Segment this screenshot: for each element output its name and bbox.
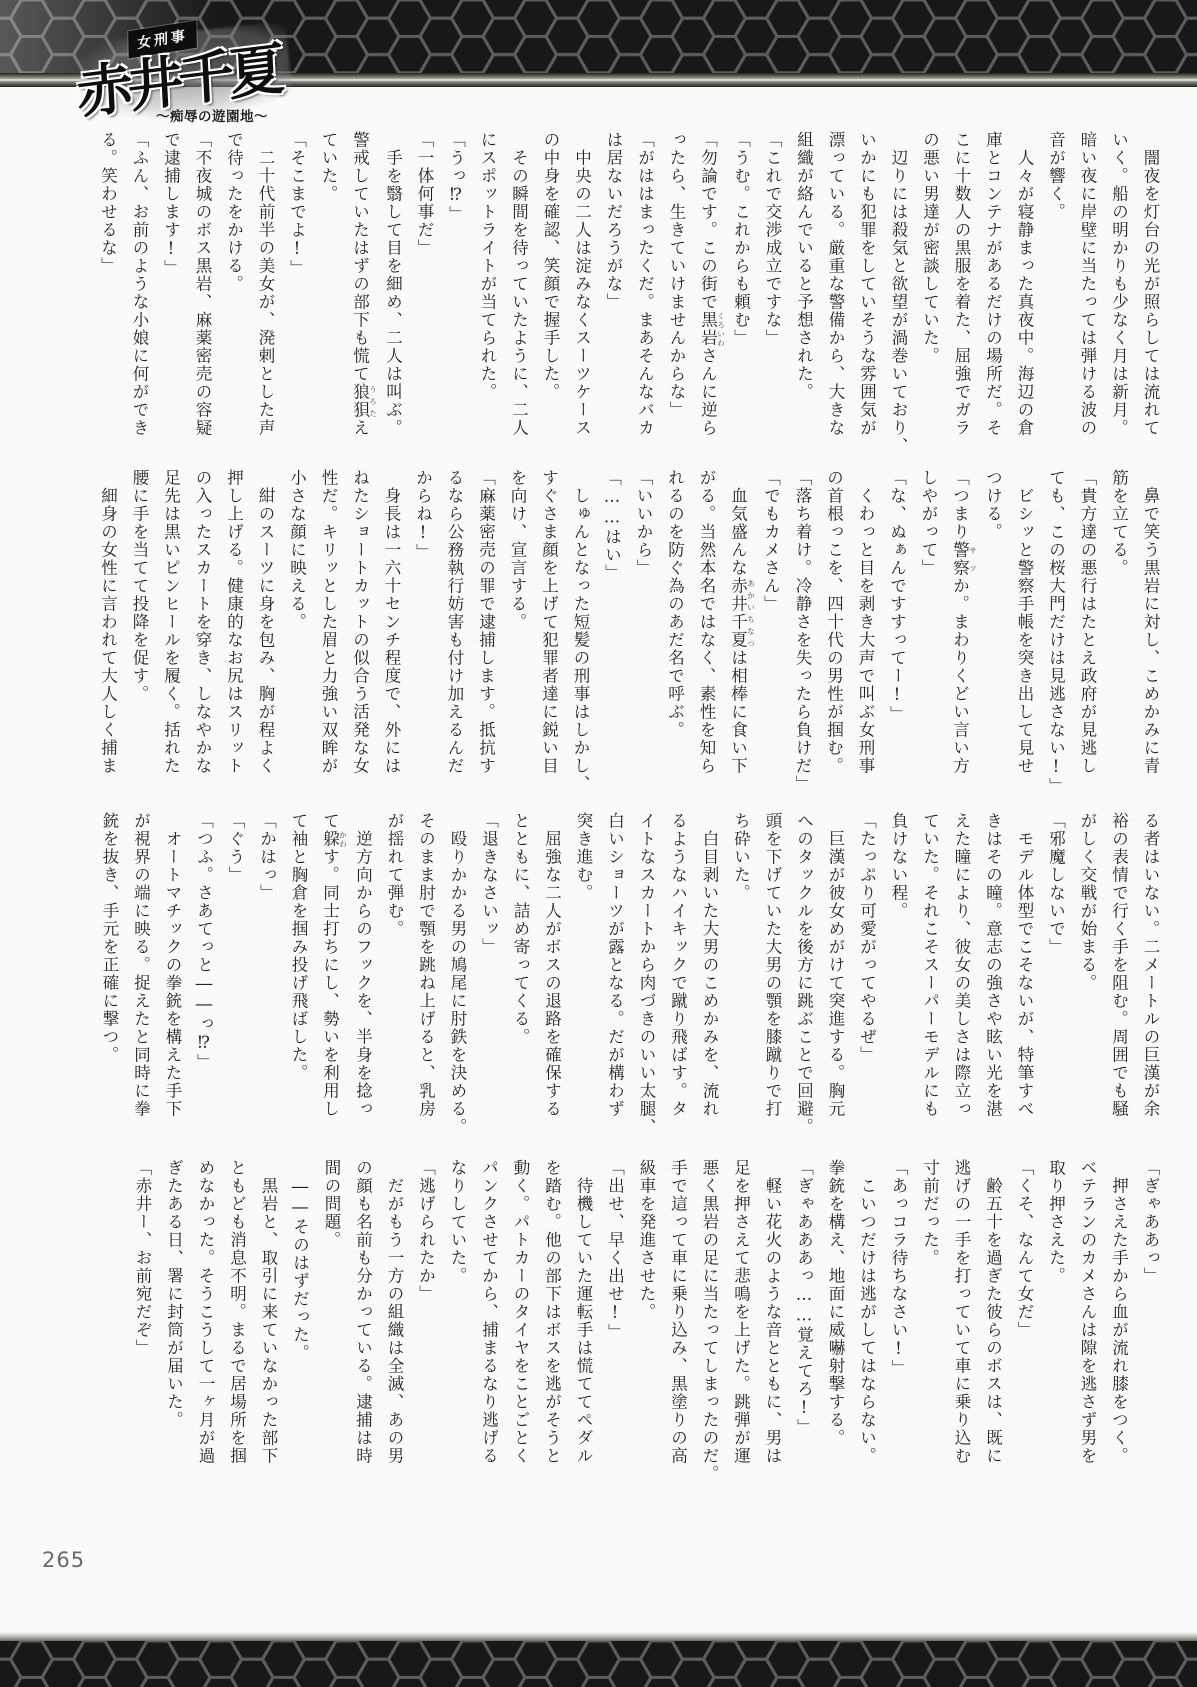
text-column: そのまま肘で顎を跳ね上げると、乳房 xyxy=(410,812,442,1158)
text-column: を向け、宣言する。 xyxy=(502,469,534,815)
text-column: 「つふ。さあてっと――っ⁉」 xyxy=(188,812,220,1158)
text-column: 頭を下げていた大男の顎を膝蹴りで打 xyxy=(757,812,789,1158)
text-column: すぐさま顔を上げて犯罪者達に鋭い目 xyxy=(533,469,565,815)
text-column: 腰に手を当てて投降を促す。 xyxy=(124,469,156,815)
text-column: からね!」 xyxy=(407,469,439,815)
text-column: 押さえた手から血が流れ膝をつく。 xyxy=(1103,1159,1135,1505)
text-column: 「ぐう」 xyxy=(220,812,252,1158)
bottom-divider-rule xyxy=(0,1632,1197,1641)
text-column: の首根っこを、四十代の男性が掴む。 xyxy=(818,469,850,815)
text-column: 突き進む。 xyxy=(568,812,600,1158)
text-column: 細身の女性に言われて大人しく捕ま xyxy=(92,469,124,815)
text-column: 辺りには殺気と欲望が渦巻いており、 xyxy=(883,131,915,477)
text-column: 漂っている。厳重な警備から、大きな xyxy=(820,131,852,477)
text-column: 「勿論です。この街で黒岩くろいわさんに逆ら xyxy=(692,131,725,477)
text-column: 「逃げられたか」 xyxy=(410,1159,442,1505)
text-column: めなかった。そうこうして一ヶ月が過 xyxy=(190,1159,222,1505)
text-column: ても、この桜大門だけは見逃さない!」 xyxy=(1040,469,1072,815)
text-column: るなら公務執行妨害も付け加えるんだ xyxy=(439,469,471,815)
text-column: で待ったをかける。 xyxy=(218,131,250,477)
text-column: ともども消息不明。まるで居場所を掴 xyxy=(221,1159,253,1505)
text-column: 「一体何事だ」 xyxy=(409,131,441,477)
text-column: ち砕いた。 xyxy=(725,812,757,1158)
text-column: へのタックルを後方に跳ぶことで回避。 xyxy=(788,812,820,1158)
text-column: 「赤井ー、お前宛だぞ」 xyxy=(127,1159,159,1505)
text-column: ていた。 xyxy=(313,131,345,477)
text-column: 「麻薬密売の罪で逮捕します。抵抗す xyxy=(470,469,502,815)
text-column: 負けない程。 xyxy=(883,812,915,1158)
text-column: を踏む。他の部下はボスを逃がそうと xyxy=(536,1159,568,1505)
text-column: 裕の表情で行く手を阻む。周囲でも騒 xyxy=(1103,812,1135,1158)
text-column: 「落ち着け。冷静さを失ったら負けだ」 xyxy=(787,469,819,815)
text-column: ビシッと警察手帳を突き出して見せ xyxy=(1009,469,1041,815)
text-column: 「退きなさいッ」 xyxy=(473,812,505,1158)
text-column: 「たっぷり可愛がってやるぜ」 xyxy=(851,812,883,1158)
text-column: 手を翳して目を細め、二人は叫ぶ。 xyxy=(377,131,409,477)
text-column: 人々が寝静まった真夜中。海辺の倉 xyxy=(1009,131,1041,477)
text-column: 「がははまったくだ。まあそんなバカ xyxy=(629,131,661,477)
hexagon-pattern-bottom-svg xyxy=(0,1641,1197,1687)
text-column: 押し上げる。健康的なお尻はスリット xyxy=(218,469,250,815)
text-column: 性だ。キリッとした眉と力強い双眸が xyxy=(313,469,345,815)
text-column: 白目剥いた大男のこめかみを、流れ xyxy=(694,812,726,1158)
text-column: がる。当然本名ではなく、素性を知ら xyxy=(691,469,723,815)
text-column: いかにも犯罪をしていそうな雰囲気が xyxy=(851,131,883,477)
text-column: て袖と胸倉を掴み投げ飛ばした。 xyxy=(283,812,315,1158)
text-column: ていた。それこそスーパーモデルにも xyxy=(914,812,946,1158)
text-column: きはその瞳。意志の強さや眩い光を湛 xyxy=(977,812,1009,1158)
text-column: の悪い男達が密談していた。 xyxy=(914,131,946,477)
text-column: 待機していた運転手は慌ててペダル xyxy=(568,1159,600,1505)
text-column: 「うっ⁉」 xyxy=(440,131,472,477)
text-column: 闇夜を灯台の光が照らしては流れて xyxy=(1135,131,1167,477)
text-column: 筋を立てる。 xyxy=(1103,469,1135,815)
text-column: 中央の二人は淀みなくスーツケース xyxy=(566,131,598,477)
text-column: 音が響く。 xyxy=(1040,131,1072,477)
text-band-1: 闇夜を灯台の光が照らしては流れていく。船の明かりも少なく月は新月。暗い夜に岸壁に… xyxy=(92,131,1166,477)
text-column: しゅんとなった短髪の刑事はしかし、 xyxy=(565,469,597,815)
text-column: 軽い花火のような音とともに、男は xyxy=(757,1159,789,1505)
text-column: 級車を発進させた。 xyxy=(631,1159,663,1505)
text-column: 足先は黒いピンヒールを履く。括れた xyxy=(155,469,187,815)
text-column: 「ぎゃああっ」 xyxy=(1135,1159,1167,1505)
page-number: 265 xyxy=(42,1548,85,1572)
text-column: 「でもカメさん」 xyxy=(755,469,787,815)
text-column: イトなスカートから肉づきのいい太腿、 xyxy=(631,812,663,1158)
text-column: る。笑わせるな」 xyxy=(92,131,124,477)
text-column: ぎたある日、署に封筒が届いた。 xyxy=(158,1159,190,1505)
text-column: 鼻で笑う黒岩に対し、こめかみに青 xyxy=(1135,469,1167,815)
text-column: 「な、ぬぁんですすってー!」 xyxy=(881,469,913,815)
text-column: で逮捕します!」 xyxy=(155,131,187,477)
text-column: こいつだけは逃がしてはならない。 xyxy=(851,1159,883,1505)
text-band-4: 「ぎゃああっ」 押さえた手から血が流れ膝をつく。ベテランのカメさんは隙を逃さず男… xyxy=(127,1159,1167,1505)
book-page: 女刑事 赤井千夏 〜痴辱の遊園地〜 闇夜を灯台の光が照らしては流れていく。船の明… xyxy=(0,0,1197,1687)
text-column: 「いいから」 xyxy=(628,469,660,815)
text-column: だがもう一方の組織は全滅、あの男 xyxy=(379,1159,411,1505)
text-column: 白いショーツが露となる。だが構わず xyxy=(599,812,631,1158)
text-column: る者はいない。二メートルの巨漢が余 xyxy=(1135,812,1167,1158)
text-column: 警戒していたはずの部下も慌て狼狽うろたえ xyxy=(344,131,377,477)
text-column: くわっと目を剥き大声で叫ぶ女刑事 xyxy=(850,469,882,815)
text-column: て躱かわす。同士打ちにし、勢いを利用し xyxy=(314,812,347,1158)
text-column: の顔も名前も分かっている。逮捕は時 xyxy=(347,1159,379,1505)
text-column: 血気盛んな赤井千夏あかいちなつは相棒に食い下 xyxy=(722,469,755,815)
text-column: とともに、詰め寄ってくる。 xyxy=(505,812,537,1158)
text-band-3: る者はいない。二メートルの巨漢が余裕の表情で行く手を阻む。周囲でも騒がしく交戦が… xyxy=(94,812,1167,1158)
text-column: 黒岩と、取引に来ていなかった部下 xyxy=(253,1159,285,1505)
text-column: 手で這って車に乗り込み、黒塗りの高 xyxy=(662,1159,694,1505)
text-column: 「そこまでよ!」 xyxy=(281,131,313,477)
text-column: いく。船の明かりも少なく月は新月。 xyxy=(1103,131,1135,477)
text-column: にスポットライトが当てられた。 xyxy=(472,131,504,477)
text-column: 暗い夜に岸壁に当たっては弾ける波の xyxy=(1072,131,1104,477)
hexagon-pattern-bottom xyxy=(0,1641,1197,1687)
text-band-2: 鼻で笑う黒岩に対し、こめかみに青筋を立てる。「貴方達の悪行はたとえ政府が見逃して… xyxy=(92,469,1166,815)
text-column: るようなハイキックで蹴り飛ばす。タ xyxy=(662,812,694,1158)
text-column: 銃を抜き、手元を正確に撃つ。 xyxy=(94,812,126,1158)
text-column: 巨漢が彼女めがけて突進する。胸元 xyxy=(820,812,852,1158)
text-column: ねたショートカットの似合う活発な女 xyxy=(344,469,376,815)
text-column: 足を押さえて悲鳴を上げた。跳弾が運 xyxy=(725,1159,757,1505)
text-column: が揺れて弾む。 xyxy=(379,812,411,1158)
text-column: 齢五十を過ぎた彼らのボスは、既に xyxy=(977,1159,1009,1505)
text-column: 取り押さえた。 xyxy=(1040,1159,1072,1505)
text-column: なりしていた。 xyxy=(442,1159,474,1505)
text-column: 二十代前半の美女が、溌剌とした声 xyxy=(250,131,282,477)
text-column: の入ったスカートを穿き、しなやかな xyxy=(187,469,219,815)
text-column: ったら、生きていけませんからな」 xyxy=(661,131,693,477)
text-column: えた瞳により、彼女の美しさは際立っ xyxy=(946,812,978,1158)
text-column: オートマチックの拳銃を構えた手下 xyxy=(157,812,189,1158)
text-column: 紺のスーツに身を包み、胸が程よく xyxy=(250,469,282,815)
text-column: 組織が絡んでいると予想された。 xyxy=(788,131,820,477)
text-column: の中身を確認、笑顔で握手した。 xyxy=(535,131,567,477)
text-column: ベテランのカメさんは隙を逃さず男を xyxy=(1072,1159,1104,1505)
text-column: 「つまり警察サツか。まわりくどい言い方 xyxy=(944,469,977,815)
text-column: 「ぎゃあああっ……覚えてろ!」 xyxy=(788,1159,820,1505)
text-column: 間の問題。 xyxy=(316,1159,348,1505)
text-column: ――そのはずだった。 xyxy=(284,1159,316,1505)
text-column: 「うむ。これからも頼む」 xyxy=(725,131,757,477)
text-column: 「これで交渉成立ですな」 xyxy=(757,131,789,477)
text-column: しやがって」 xyxy=(913,469,945,815)
text-column: 「貴方達の悪行はたとえ政府が見逃し xyxy=(1072,469,1104,815)
text-column: 逆方向からのフックを、半身を捻っ xyxy=(347,812,379,1158)
text-column: 「かはっ」 xyxy=(251,812,283,1158)
text-column: 逃げの一手を打っていて車に乗り込む xyxy=(946,1159,978,1505)
text-column: 小さな顔に映える。 xyxy=(281,469,313,815)
text-column: がしく交戦が始まる。 xyxy=(1072,812,1104,1158)
text-column: 殴りかかる男の鳩尾に肘鉄を決める。 xyxy=(442,812,474,1158)
text-column: その瞬間を待っていたように、二人 xyxy=(503,131,535,477)
text-column: こに十数人の黒服を着た、屈強でガラ xyxy=(946,131,978,477)
text-column: 「ふん、お前のような小娘に何ができ xyxy=(124,131,156,477)
text-column: 「出せ、早く出せ!」 xyxy=(599,1159,631,1505)
text-column: が視界の端に映る。捉えたと同時に拳 xyxy=(125,812,157,1158)
text-column: 屈強な二人がボスの退路を確保する xyxy=(536,812,568,1158)
text-column: 悪く黒岩の足に当たってしまったのだ。 xyxy=(694,1159,726,1505)
text-column: 「邪魔しないで」 xyxy=(1040,812,1072,1158)
text-column: モデル体型でこそないが、特筆すべ xyxy=(1009,812,1041,1158)
text-column: 身長は一六十センチ程度で、外には xyxy=(376,469,408,815)
text-column: 「あっコラ待ちなさい!」 xyxy=(883,1159,915,1505)
text-column: パンクさせてから、捕まるなり逃げる xyxy=(473,1159,505,1505)
series-logo: 女刑事 赤井千夏 〜痴辱の遊園地〜 xyxy=(76,4,306,129)
logo-subtitle: 〜痴辱の遊園地〜 xyxy=(156,105,268,125)
text-column: 庫とコンテナがあるだけの場所だ。そ xyxy=(977,131,1009,477)
text-column: 寸前だった。 xyxy=(914,1159,946,1505)
text-column: れるのを防ぐ為のあだ名で呼ぶ。 xyxy=(659,469,691,815)
text-column: 「不夜城のボス黒岩、麻薬密売の容疑 xyxy=(187,131,219,477)
text-column: は居ないだろうがな」 xyxy=(598,131,630,477)
text-column: 「……はい」 xyxy=(596,469,628,815)
text-column: 「くそ、なんて女だ」 xyxy=(1009,1159,1041,1505)
text-column: つける。 xyxy=(977,469,1009,815)
text-column: 動く。パトカーのタイヤをことごとく xyxy=(505,1159,537,1505)
text-column: 拳銃を構え、地面に威嚇射撃する。 xyxy=(820,1159,852,1505)
